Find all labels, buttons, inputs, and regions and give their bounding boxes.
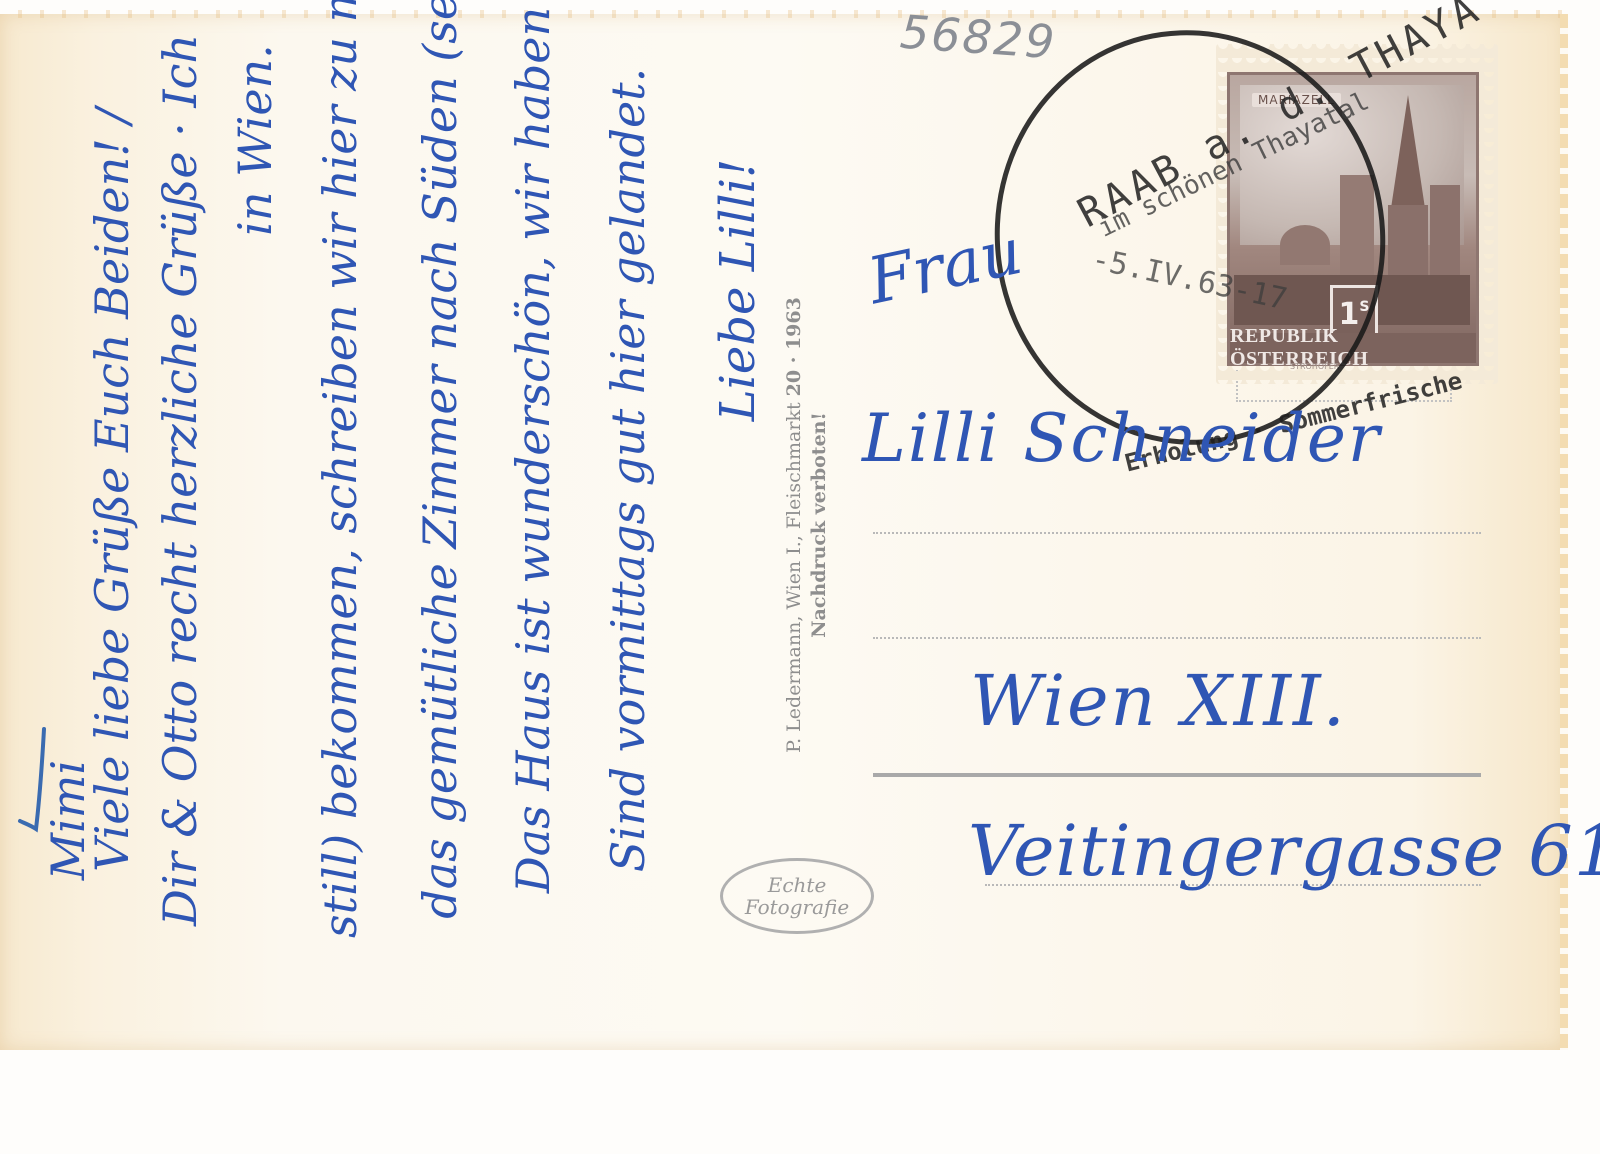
basilica-spire-icon (1390, 95, 1426, 215)
imprint-code: 20 · 1963 (783, 297, 805, 396)
address-city: Wien XIII. (970, 660, 1347, 742)
address-line-2 (873, 637, 1481, 639)
imprint-copyright: Nachdruck verboten! (807, 297, 832, 753)
logo-line-1: Echte (768, 874, 827, 896)
echte-fotografie-logo: Echte Fotografie (720, 858, 874, 934)
address-line-3 (873, 773, 1481, 777)
address-line-1 (873, 532, 1481, 534)
card-deckled-edge-right (1560, 14, 1568, 1050)
card-deckled-edge-top (0, 10, 1566, 18)
archive-number: 56829 (898, 5, 1058, 70)
address-recipient-name: Lilli Schneider (862, 400, 1381, 477)
imprint-publisher: P. Ledermann, Wien I., Fleischmarkt (783, 402, 805, 752)
logo-line-2: Fotografie (745, 896, 849, 918)
address-street: Veitingergasse 61 (968, 810, 1600, 892)
pen-checkmark-icon (14, 725, 54, 835)
